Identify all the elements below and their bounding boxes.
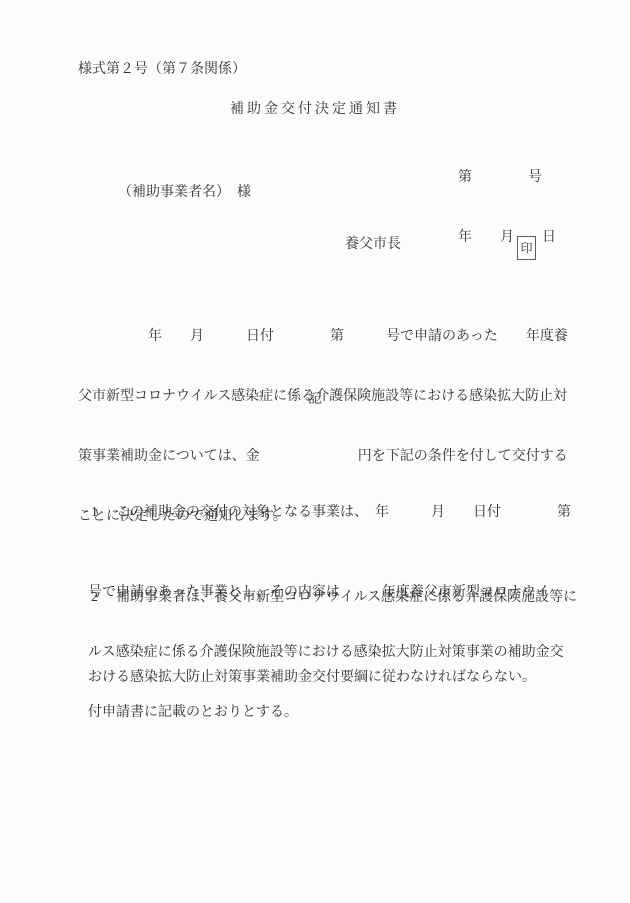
document-page: 様式第２号（第７条関係） 補助金交付決定通知書 第 号 年 月 日 （補助事業者… [0, 0, 630, 903]
note-heading: 記 [0, 390, 630, 410]
body-paragraph-line-1: 年 月 日付 第 号で申請のあった 年度養 [78, 327, 588, 347]
item-2: 2補助事業者は、養父市新型コロナウイルス感染症に係る介護保険施設等に おける感染… [70, 528, 590, 728]
item-2-number: 2 [91, 588, 116, 608]
sender-label: 養父市長 [345, 235, 401, 255]
item-2-first-line: 2補助事業者は、養父市新型コロナウイルス感染症に係る介護保険施設等に [70, 568, 590, 628]
item-2-cont-line-1: おける感染拡大防止対策事業補助金交付要綱に従わなければならない。 [88, 668, 590, 688]
form-number-label: 様式第２号（第７条関係） [78, 60, 246, 80]
item-1-text: この補助金の交付の対象となる事業は、 年 月 日付 第 [116, 505, 571, 520]
seal-box: 印 [517, 236, 536, 260]
item-1-number: 1 [91, 503, 116, 523]
date-line: 年 月 日 [458, 228, 556, 248]
doc-number-line: 第 号 [458, 168, 556, 188]
addressee-label: （補助事業者名） 様 [118, 183, 251, 203]
document-title: 補助金交付決定通知書 [0, 100, 630, 120]
item-2-text: 補助事業者は、養父市新型コロナウイルス感染症に係る介護保険施設等に [116, 590, 577, 605]
seal-label: 印 [520, 242, 532, 254]
doc-meta-block: 第 号 年 月 日 [458, 128, 556, 288]
